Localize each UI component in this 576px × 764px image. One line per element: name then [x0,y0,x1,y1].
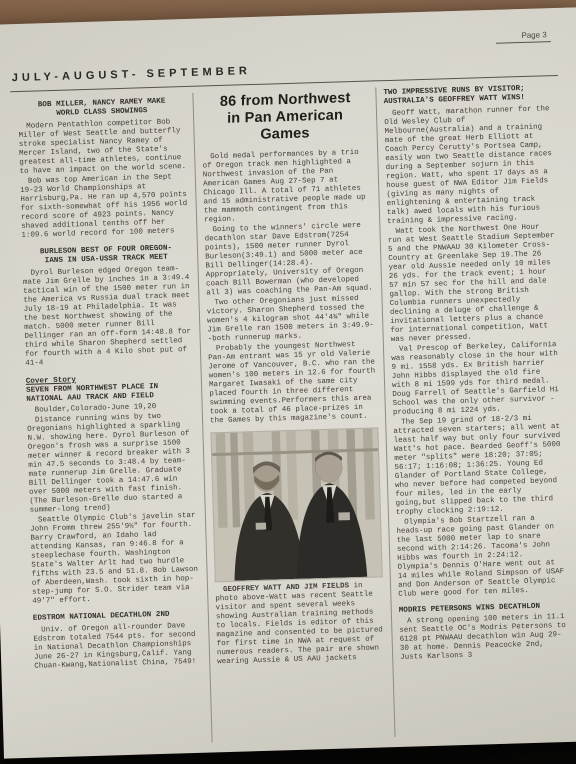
article-paragraph: Val Prescop of Berkeley, California was … [391,341,561,418]
article-title-geoffrey-watt: TWO IMPRESSIVE RUNS BY VISITOR; AUSTRALI… [383,84,551,108]
caption-text: in photo above-Watt was recent Seattle v… [215,582,383,666]
article-paragraph: Seattle Olympic Club's javelin star John… [30,512,201,607]
article-paragraph: Geoff Watt, marathon runner for the Old … [384,105,555,227]
column-layout: BOB MILLER, NANCY RAMEY MAKE WORLD CLASS… [10,82,576,748]
article-paragraph: Dyrol Burleson edged Oregon team-mate Ji… [23,265,194,369]
photo-caption: GEOFFREY WATT AND JIM FIELDS in photo ab… [215,581,385,667]
article-title-burleson: BURLESON BEST OF FOUR OREGON- IANS IN US… [22,244,190,268]
article-paragraph: Distance running wins by two Oregonians … [27,412,198,516]
page-header: Page 3 JULY-AUGUST- SEPTEMBER [9,30,558,92]
article-paragraph: Watt took the Northwest One Hour run at … [387,223,558,345]
article-paragraph: The Sep 19 grind of 18-2/3 mi attracted … [393,414,564,518]
column-right: TWO IMPRESSIVE RUNS BY VISITOR; AUSTRALI… [376,82,576,737]
article-paragraph: Gold medal performances by a trio of Ore… [202,149,372,226]
article-paragraph: Probably the youngest Northwest Pan-Am e… [208,340,378,426]
newsletter-page: Page 3 JULY-AUGUST- SEPTEMBER BOB MILLER… [0,7,576,758]
article-paragraph: Bob was top American in the Sept 19-23 W… [20,173,190,241]
photo-geoffrey-watt-and-jim-fields [210,427,382,582]
article-paragraph: Olympia's Bob Startzell ran a heads-up r… [396,514,566,600]
article-paragraph: Going to the winners' circle were decath… [204,222,374,299]
article-paragraph: A strong opening 100 meters in 11.1 sent… [399,613,568,663]
article-paragraph: Two other Oregonians just missed victory… [206,294,375,344]
column-middle: 86 from Northwest in Pan American Games … [192,87,395,742]
main-headline: 86 from Northwest in Pan American Games [201,90,369,146]
page-number: Page 3 [495,30,551,44]
article-paragraph: Modern Pentathlon competitor Bob Miller … [18,118,188,177]
article-title-seven-northwest: SEVEN FROM NORTHWEST PLACE IN NATIONAL A… [26,382,194,406]
masthead-title: JULY-AUGUST- SEPTEMBER [12,65,251,84]
column-left: BOB MILLER, NANCY RAMEY MAKE WORLD CLASS… [10,93,211,748]
article-paragraph: Univ. of Oregon all-rounder Dave Edstrom… [33,622,202,672]
article-title-bob-miller: BOB MILLER, NANCY RAMEY MAKE WORLD CLASS… [18,97,186,121]
